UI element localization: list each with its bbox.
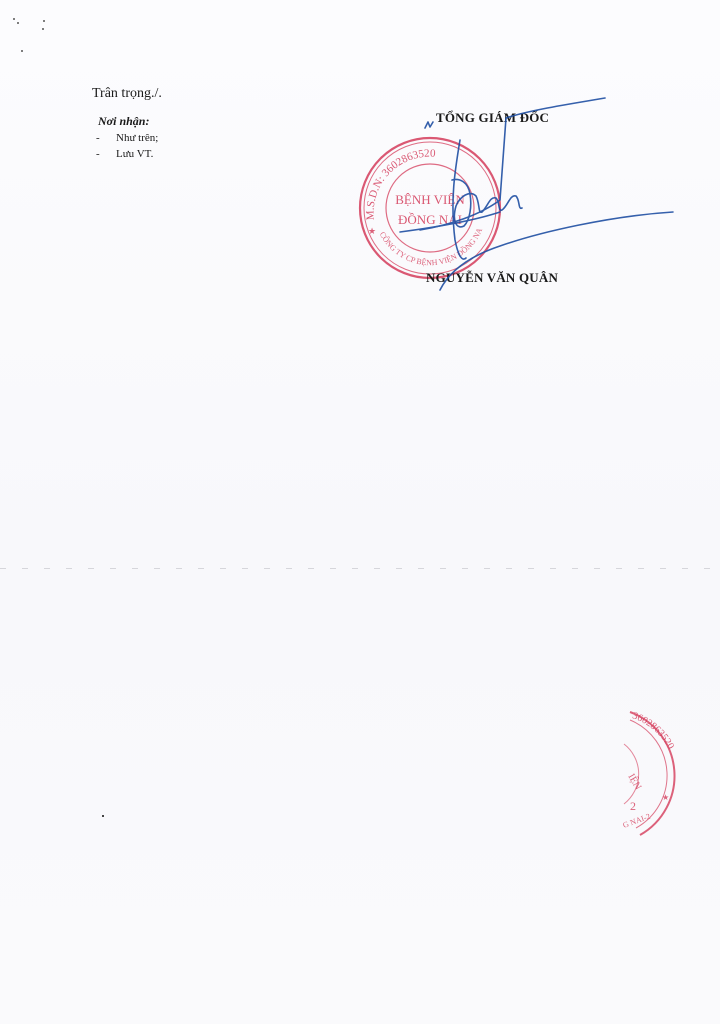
stamp-center-line-1: BỆNH VIỆN xyxy=(395,192,465,207)
position-title: TỔNG GIÁM ĐỐC xyxy=(436,110,549,126)
stamp-outer-text: M.S.D.N: 3602863520 xyxy=(364,147,436,220)
partial-seal-stamp: 3602863520 IỆN 2 ★ G NAI-2 xyxy=(600,700,720,850)
svg-text:★: ★ xyxy=(368,226,376,236)
recipient-label: Lưu VT. xyxy=(116,148,153,160)
fold-line xyxy=(0,568,720,569)
scanned-page: Trân trọng./. Nơi nhận: - Như trên; - Lư… xyxy=(0,0,720,1024)
signer-name: NGUYỄN VĂN QUÂN xyxy=(426,270,558,286)
svg-text:M.S.D.N: 3602863520: M.S.D.N: 3602863520 xyxy=(364,147,436,220)
svg-text:3602863520: 3602863520 xyxy=(631,710,676,751)
stamp-center-line-2: ĐỒNG NAI xyxy=(398,212,462,227)
recipient-label: Như trên; xyxy=(116,132,158,144)
partial-stamp-number: 2 xyxy=(630,799,636,813)
company-stamp: M.S.D.N: 3602863520 CÔNG TY CP BỆNH VIỆN… xyxy=(356,134,504,282)
bullet-dash: - xyxy=(96,132,116,144)
partial-stamp-inner-text: IỆN xyxy=(625,772,644,792)
recipient-item: - Lưu VT. xyxy=(96,146,158,162)
recipients-title: Nơi nhận: xyxy=(98,114,149,129)
scan-specks xyxy=(0,0,80,70)
svg-text:★: ★ xyxy=(662,793,669,802)
closing-text: Trân trọng./. xyxy=(92,86,162,102)
bullet-dash: - xyxy=(96,148,116,160)
recipients-list: - Như trên; - Lưu VT. xyxy=(96,130,158,162)
scan-dot xyxy=(102,815,104,817)
recipient-item: - Như trên; xyxy=(96,130,158,146)
partial-stamp-arc-text: 3602863520 xyxy=(631,710,676,751)
